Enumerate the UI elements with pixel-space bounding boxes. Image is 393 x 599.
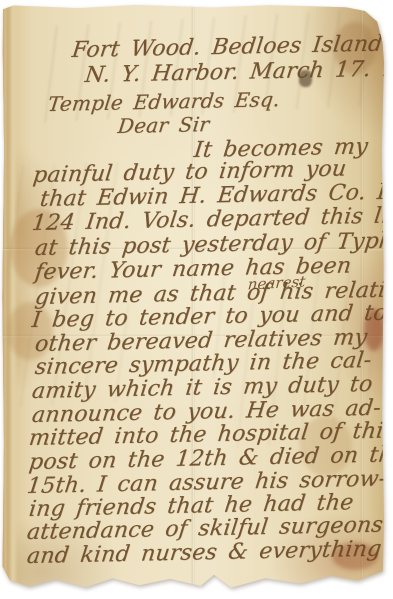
letter-paper-wrapper: Fort Wood. Bedloes Island N. Y. Harbor. …	[2, 4, 384, 590]
inserted-word-nearest: nearest	[247, 273, 306, 294]
handwriting-line-recipient: Temple Edwards Esq.	[47, 89, 281, 114]
left-fold-crease	[2, 4, 18, 590]
handwritten-letter-page: Fort Wood. Bedloes Island N. Y. Harbor. …	[2, 4, 384, 590]
handwriting-line: and kind nurses & everything	[26, 539, 383, 568]
handwriting-line-salutation: Dear Sir	[117, 114, 211, 136]
handwriting-line-dateline-date: N. Y. Harbor. March 17. 1865-	[84, 57, 384, 87]
letter-photo: Fort Wood. Bedloes Island N. Y. Harbor. …	[0, 0, 393, 599]
